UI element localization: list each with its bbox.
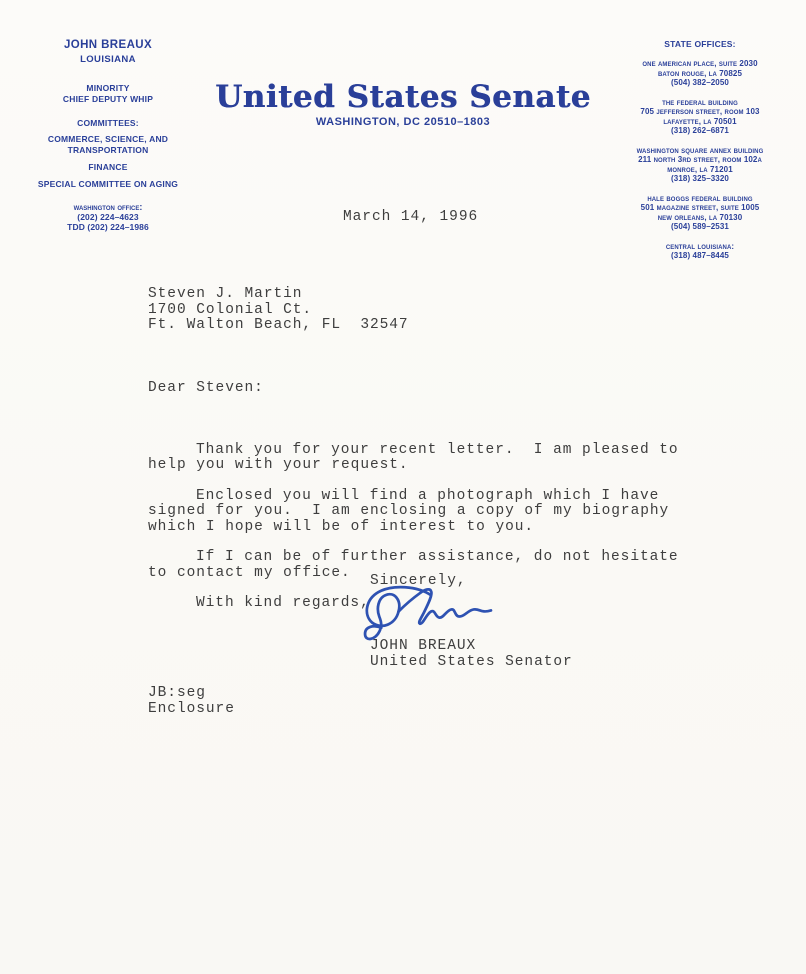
office-line: 501 Magazine Street, Suite 1005 xyxy=(605,203,795,213)
state-office-central-louisiana: Central Louisiana:(318) 487–8445 xyxy=(605,242,795,261)
senate-masthead: United States Senate WASHINGTON, DC 2051… xyxy=(203,82,603,128)
masthead-title: United States Senate xyxy=(203,82,603,113)
salutation: Dear Steven: xyxy=(148,381,744,397)
masthead-address: WASHINGTON, DC 20510–1803 xyxy=(203,116,603,128)
office-line: (318) 262–6871 xyxy=(605,126,795,136)
recipient-line: Steven J. Martin xyxy=(148,287,409,303)
committees-label: COMMITTEES: xyxy=(22,118,194,128)
recipient-line: 1700 Colonial Ct. xyxy=(148,303,409,319)
recipient-address: Steven J. Martin1700 Colonial Ct.Ft. Wal… xyxy=(148,287,409,334)
office-line: 705 Jefferson Street, Room 103 xyxy=(605,107,795,117)
signature-image xyxy=(362,582,494,645)
state-office-baton-rouge: One American Place, Suite 2030Baton Roug… xyxy=(605,59,795,88)
reference-line: Enclosure xyxy=(148,702,235,718)
committee-item: COMMERCE, SCIENCE, AND TRANSPORTATION xyxy=(22,134,194,156)
committees-list: COMMERCE, SCIENCE, AND TRANSPORTATIONFIN… xyxy=(22,134,194,190)
office-line: (318) 487–8445 xyxy=(605,251,795,261)
office-line: Lafayette, LA 70501 xyxy=(605,117,795,127)
state-offices-block: STATE OFFICES: One American Place, Suite… xyxy=(605,39,795,261)
office-line: (504) 382–2050 xyxy=(605,78,795,88)
letter-date: March 14, 1996 xyxy=(343,210,478,226)
office-line: Baton Rouge, LA 70825 xyxy=(605,69,795,79)
office-line: 211 North 3rd Street, Room 102A xyxy=(605,155,795,165)
office-line: Washington Square Annex Building xyxy=(605,146,795,156)
text-line: MINORITY xyxy=(22,83,194,94)
office-line: New Orleans, LA 70130 xyxy=(605,213,795,223)
phone-line: TDD (202) 224–1986 xyxy=(22,222,194,232)
reference-block: JB:segEnclosure xyxy=(148,686,235,717)
state-office-lafayette: The Federal Building705 Jefferson Street… xyxy=(605,98,795,136)
signer-line: United States Senator xyxy=(370,655,573,671)
state-office-new-orleans: Hale Boggs Federal Building501 Magazine … xyxy=(605,194,795,232)
office-line: Monroe, LA 71201 xyxy=(605,165,795,175)
office-line: One American Place, Suite 2030 xyxy=(605,59,795,69)
office-line: Central Louisiana: xyxy=(605,242,795,252)
office-line: Hale Boggs Federal Building xyxy=(605,194,795,204)
state-offices-label: STATE OFFICES: xyxy=(605,39,795,49)
committee-item: SPECIAL COMMITTEE ON AGING xyxy=(22,179,194,190)
washington-office-label: Washington Office: xyxy=(22,202,194,212)
senator-position: MINORITYCHIEF DEPUTY WHIP xyxy=(22,83,194,105)
senator-name: JOHN BREAUX xyxy=(22,39,194,51)
phone-line: (202) 224–4623 xyxy=(22,212,194,222)
office-line: The Federal Building xyxy=(605,98,795,108)
office-line: (318) 325–3320 xyxy=(605,174,795,184)
letter-paragraph: Thank you for your recent letter. I am p… xyxy=(148,443,744,474)
office-line: (504) 589–2531 xyxy=(605,222,795,232)
letter-paragraph: Enclosed you will find a photograph whic… xyxy=(148,489,744,536)
reference-line: JB:seg xyxy=(148,686,235,702)
committee-item: FINANCE xyxy=(22,162,194,173)
text-line: CHIEF DEPUTY WHIP xyxy=(22,94,194,105)
recipient-line: Ft. Walton Beach, FL 32547 xyxy=(148,318,409,334)
washington-office-phones: (202) 224–4623TDD (202) 224–1986 xyxy=(22,212,194,232)
state-office-monroe: Washington Square Annex Building211 Nort… xyxy=(605,146,795,184)
letter-page: JOHN BREAUX LOUISIANA MINORITYCHIEF DEPU… xyxy=(0,0,806,974)
senator-info-block: JOHN BREAUX LOUISIANA MINORITYCHIEF DEPU… xyxy=(22,39,194,232)
senator-state: LOUISIANA xyxy=(22,54,194,65)
